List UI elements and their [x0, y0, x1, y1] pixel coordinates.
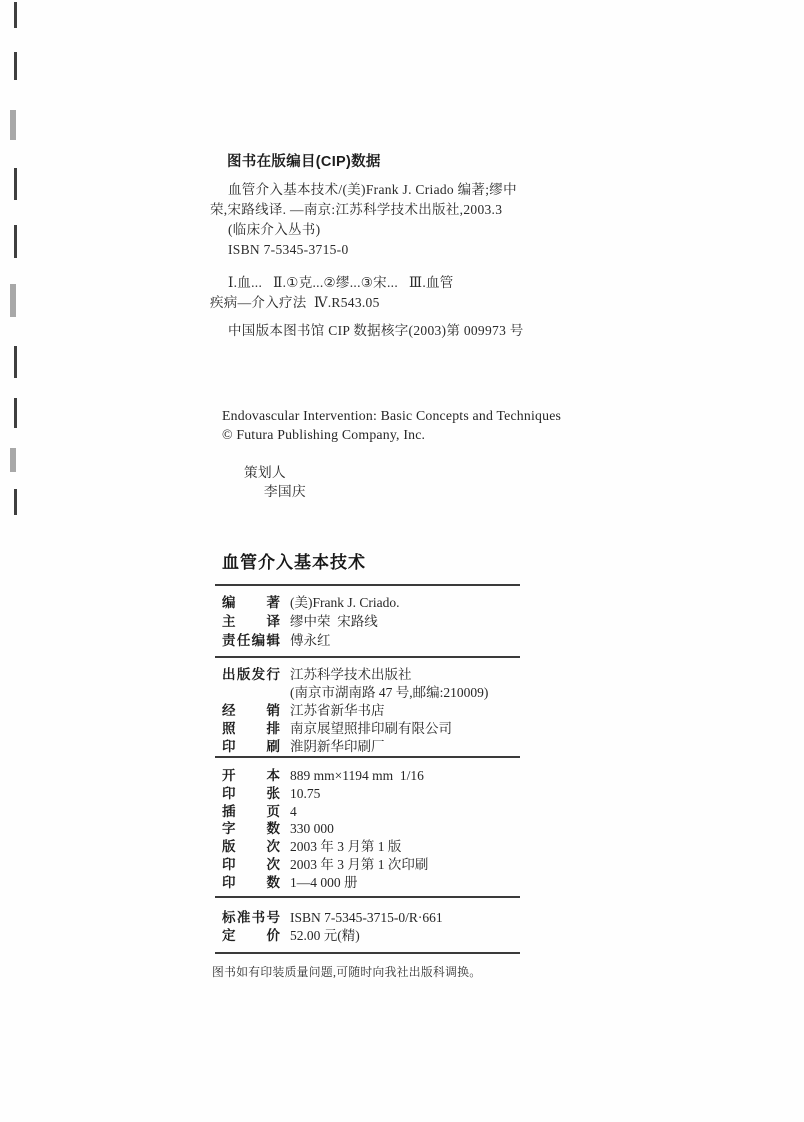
row-value: 330 000	[290, 820, 334, 838]
cip-entry-line: 荣,宋路线译. —南京:江苏科学技术出版社,2003.3	[210, 200, 555, 220]
colophon-row: 印 次2003 年 3 月第 1 次印刷	[222, 856, 525, 874]
row-value: 889 mm×1194 mm 1/16	[290, 767, 424, 785]
row-value: 缪中荣 宋路线	[290, 612, 378, 631]
row-label: 印 张	[222, 785, 280, 803]
row-value: 江苏科学技术出版社	[290, 666, 412, 684]
colophon-section-credits: 编 著(美)Frank J. Criado. 主 译缪中荣 宋路线 责任编辑傅永…	[210, 586, 525, 656]
quality-exchange-note: 图书如有印装质量问题,可随时向我社出版科调换。	[210, 963, 525, 980]
scan-edge-mark	[14, 346, 17, 378]
colophon-row: 照 排南京展望照排印刷有限公司	[222, 720, 525, 738]
colophon-row: 标准书号ISBN 7-5345-3715-0/R·661	[222, 909, 525, 928]
scan-edge-mark	[14, 52, 17, 80]
row-value: 2003 年 3 月第 1 版	[290, 838, 401, 856]
scan-edge-mark	[14, 2, 17, 28]
row-value-address: (南京市湖南路 47 号,邮编:210009)	[290, 684, 488, 702]
cip-series-line: (临床介入丛书)	[210, 220, 555, 240]
book-copyright-page: 图书在版编目(CIP)数据 血管介入基本技术/(美)Frank J. Criad…	[0, 0, 804, 1122]
colophon-row: 责任编辑傅永红	[222, 631, 525, 650]
scan-edge-mark	[14, 398, 17, 428]
colophon-row: 编 著(美)Frank J. Criado.	[222, 593, 525, 612]
planner-label: 策划人	[244, 465, 286, 480]
scan-edge-mark	[14, 168, 17, 200]
colophon-row: 定 价52.00 元(精)	[222, 927, 525, 946]
row-value: 52.00 元(精)	[290, 927, 360, 946]
scan-edge-mark	[10, 110, 16, 140]
divider-rule	[215, 952, 520, 954]
cip-data-section: 图书在版编目(CIP)数据 血管介入基本技术/(美)Frank J. Criad…	[210, 152, 555, 341]
row-label: 编 著	[222, 593, 280, 612]
row-value: 南京展望照排印刷有限公司	[290, 720, 452, 738]
scan-edge-mark	[14, 489, 17, 515]
colophon-row: 插 页4	[222, 803, 525, 821]
row-label: 插 页	[222, 803, 280, 821]
row-value: 4	[290, 803, 297, 821]
colophon-row: 主 译缪中荣 宋路线	[222, 612, 525, 631]
original-edition-section: Endovascular Intervention: Basic Concept…	[222, 406, 561, 520]
row-value: ISBN 7-5345-3715-0/R·661	[290, 909, 443, 928]
colophon-row: 版 次2003 年 3 月第 1 版	[222, 838, 525, 856]
row-label: 印 数	[222, 874, 280, 892]
cip-heading: 图书在版编目(CIP)数据	[210, 152, 555, 173]
book-title: 血管介入基本技术	[210, 550, 525, 576]
cip-classification-line: Ⅰ.血... Ⅱ.①克...②缪...③宋... Ⅲ.血管	[210, 273, 555, 293]
row-label: 照 排	[222, 720, 280, 738]
colophon-row: 印 张10.75	[222, 785, 525, 803]
colophon-section-isbn-price: 标准书号ISBN 7-5345-3715-0/R·661 定 价52.00 元(…	[210, 898, 525, 952]
colophon-section-printing: 开 本889 mm×1194 mm 1/16 印 张10.75 插 页4 字 数…	[210, 758, 525, 896]
row-label: 印 次	[222, 856, 280, 874]
colophon-section: 血管介入基本技术 编 著(美)Frank J. Criado. 主 译缪中荣 宋…	[210, 550, 525, 980]
colophon-row: 印 刷淮阴新华印刷厂	[222, 738, 525, 756]
planner-name: 李国庆	[264, 484, 306, 499]
colophon-row: 出版发行江苏科学技术出版社	[222, 666, 525, 684]
scan-edge-mark	[14, 225, 17, 258]
row-value: 江苏省新华书店	[290, 702, 385, 720]
colophon-row: 经 销江苏省新华书店	[222, 702, 525, 720]
row-label: 经 销	[222, 702, 280, 720]
colophon-row: (南京市湖南路 47 号,邮编:210009)	[222, 684, 525, 702]
row-label: 版 次	[222, 838, 280, 856]
cip-entry-line: 血管介入基本技术/(美)Frank J. Criado 编著;缪中	[210, 180, 555, 200]
row-label: 印 刷	[222, 738, 280, 756]
copyright-line: © Futura Publishing Company, Inc.	[222, 425, 561, 444]
row-label: 责任编辑	[222, 631, 280, 650]
colophon-row: 开 本889 mm×1194 mm 1/16	[222, 767, 525, 785]
scan-edge-mark	[10, 284, 16, 317]
planner-line: 策划人 李国庆	[222, 444, 561, 520]
row-value: (美)Frank J. Criado.	[290, 593, 399, 612]
row-label: 标准书号	[222, 909, 280, 928]
cip-isbn-line: ISBN 7-5345-3715-0	[210, 240, 555, 260]
cip-classification-line: 疾病—介入疗法 Ⅳ.R543.05	[210, 293, 555, 313]
colophon-row: 字 数330 000	[222, 820, 525, 838]
row-value: 傅永红	[290, 631, 331, 650]
cip-record-number: 中国版本图书馆 CIP 数据核字(2003)第 009973 号	[210, 321, 555, 341]
row-value: 2003 年 3 月第 1 次印刷	[290, 856, 428, 874]
row-label: 主 译	[222, 612, 280, 631]
row-value: 淮阴新华印刷厂	[290, 738, 385, 756]
row-label: 出版发行	[222, 666, 280, 684]
colophon-row: 印 数1—4 000 册	[222, 874, 525, 892]
scan-edge-mark	[10, 448, 16, 472]
row-label: 定 价	[222, 927, 280, 946]
colophon-section-publisher: 出版发行江苏科学技术出版社 (南京市湖南路 47 号,邮编:210009) 经 …	[210, 658, 525, 756]
row-label: 开 本	[222, 767, 280, 785]
original-title-en: Endovascular Intervention: Basic Concept…	[222, 406, 561, 425]
row-label: 字 数	[222, 820, 280, 838]
row-value: 10.75	[290, 785, 320, 803]
row-value: 1—4 000 册	[290, 874, 358, 892]
